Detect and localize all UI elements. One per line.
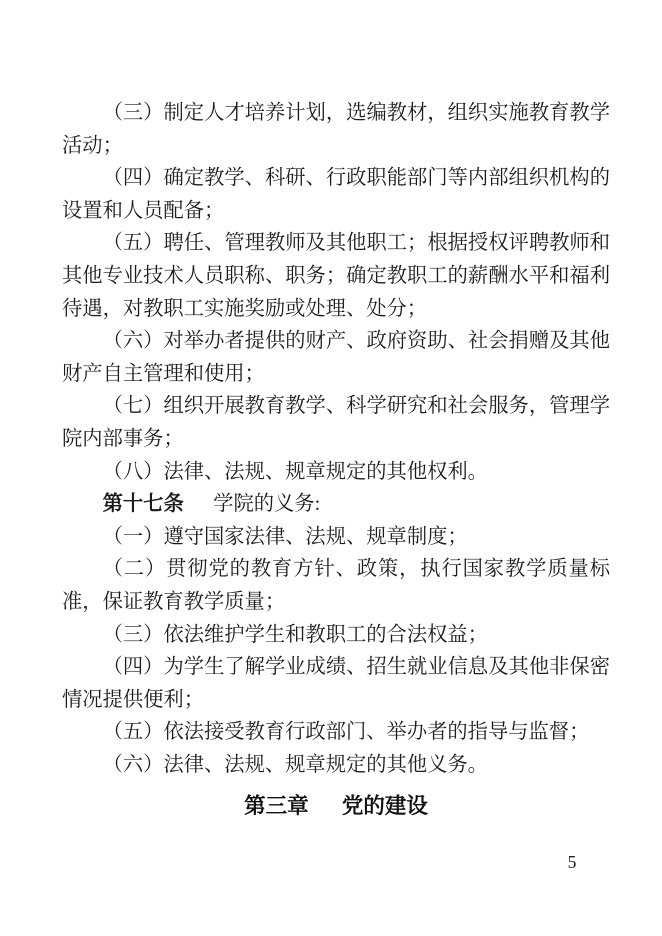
clause-paragraph: （二）贯彻党的教育方针、政策，执行国家教学质量标准，保证教育教学质量； <box>62 553 610 618</box>
chapter-heading: 第三章党的建设 <box>62 789 610 823</box>
clause-paragraph: （三）制定人才培养计划，选编教材，组织实施教育教学活动； <box>62 97 610 162</box>
page-number: 5 <box>560 851 584 873</box>
document-page: （三）制定人才培养计划，选编教材，组织实施教育教学活动； （四）确定教学、科研、… <box>0 0 662 936</box>
article-17-paragraph: 第十七条学院的义务: <box>62 488 610 521</box>
clause-paragraph: （三）依法维护学生和教职工的合法权益； <box>62 619 610 652</box>
article-number-label: 第十七条 <box>103 493 184 515</box>
clause-paragraph: （五）依法接受教育行政部门、举办者的指导与监督； <box>62 716 610 749</box>
document-body: （三）制定人才培养计划，选编教材，组织实施教育教学活动； （四）确定教学、科研、… <box>62 97 610 823</box>
clause-paragraph: （四）确定教学、科研、行政职能部门等内部组织机构的设置和人员配备； <box>62 162 610 227</box>
chapter-title: 党的建设 <box>342 794 428 818</box>
chapter-number: 第三章 <box>244 794 309 818</box>
article-text: 学院的义务: <box>213 493 320 515</box>
clause-paragraph: （一）遵守国家法律、法规、规章制度； <box>62 521 610 554</box>
clause-paragraph: （六）对举办者提供的财产、政府资助、社会捐赠及其他财产自主管理和使用； <box>62 325 610 390</box>
clause-paragraph: （六）法律、法规、规章规定的其他义务。 <box>62 749 610 782</box>
clause-paragraph: （八）法律、法规、规章规定的其他权利。 <box>62 456 610 489</box>
clause-paragraph: （五）聘任、管理教师及其他职工；根据授权评聘教师和其他专业技术人员职称、职务；确… <box>62 227 610 325</box>
clause-paragraph: （七）组织开展教育教学、科学研究和社会服务，管理学院内部事务； <box>62 390 610 455</box>
clause-paragraph: （四）为学生了解学业成绩、招生就业信息及其他非保密情况提供便利； <box>62 651 610 716</box>
